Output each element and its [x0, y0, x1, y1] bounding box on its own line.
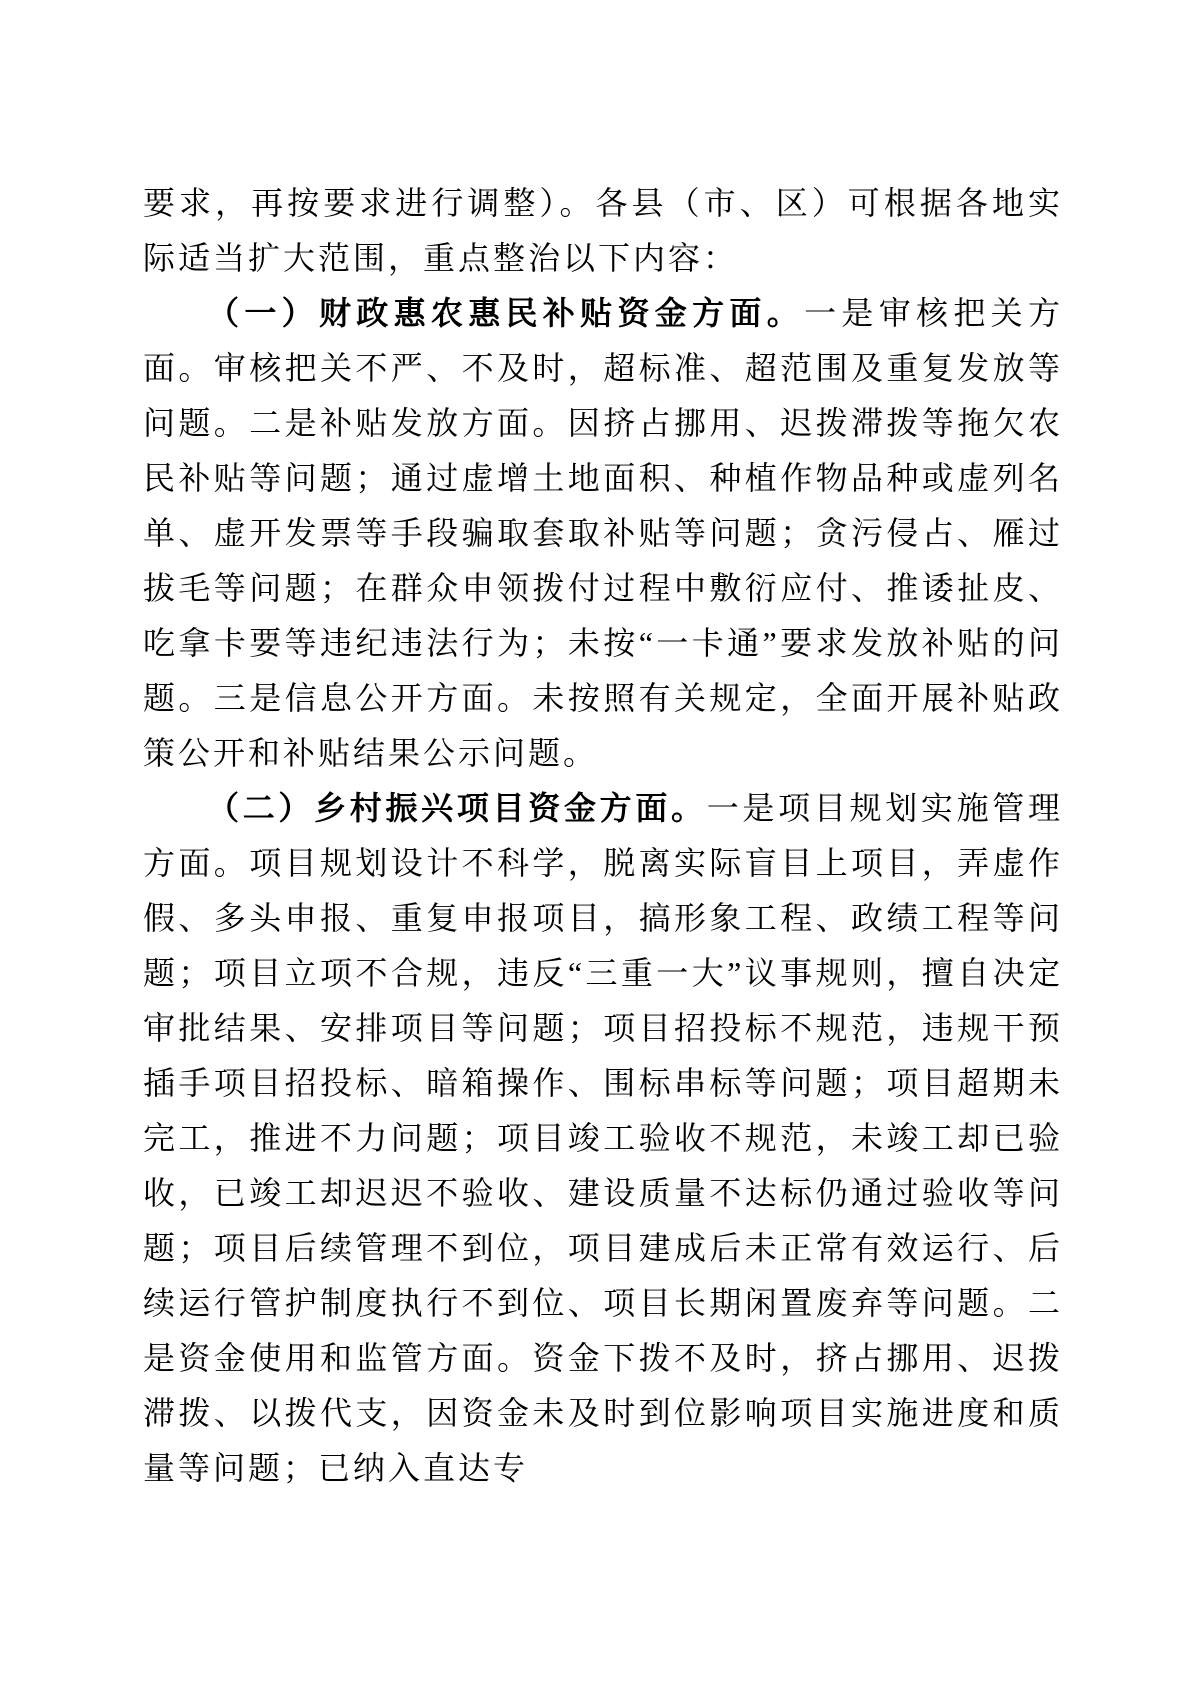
- paragraph-text: 一是审核把关方面。审核把关不严、不及时，超标准、超范围及重复发放等问题。二是补贴…: [143, 295, 1063, 771]
- paragraph-text: 一是项目规划实施管理方面。项目规划设计不科学，脱离实际盲目上项目，弄虚作假、多头…: [143, 790, 1063, 1486]
- document-page: 要求，再按要求进行调整）。各县（市、区）可根据各地实际适当扩大范围，重点整治以下…: [0, 0, 1190, 1683]
- section-heading: （二）乡村振兴项目资金方面。: [207, 790, 707, 826]
- paragraph: 要求，再按要求进行调整）。各县（市、区）可根据各地实际适当扩大范围，重点整治以下…: [143, 176, 1063, 286]
- paragraph: （一）财政惠农惠民补贴资金方面。一是审核把关方面。审核把关不严、不及时，超标准、…: [143, 286, 1063, 781]
- paragraph: （二）乡村振兴项目资金方面。一是项目规划实施管理方面。项目规划设计不科学，脱离实…: [143, 781, 1063, 1496]
- paragraph-text: 要求，再按要求进行调整）。各县（市、区）可根据各地实际适当扩大范围，重点整治以下…: [143, 185, 1063, 276]
- section-heading: （一）财政惠农惠民补贴资金方面。: [207, 295, 804, 331]
